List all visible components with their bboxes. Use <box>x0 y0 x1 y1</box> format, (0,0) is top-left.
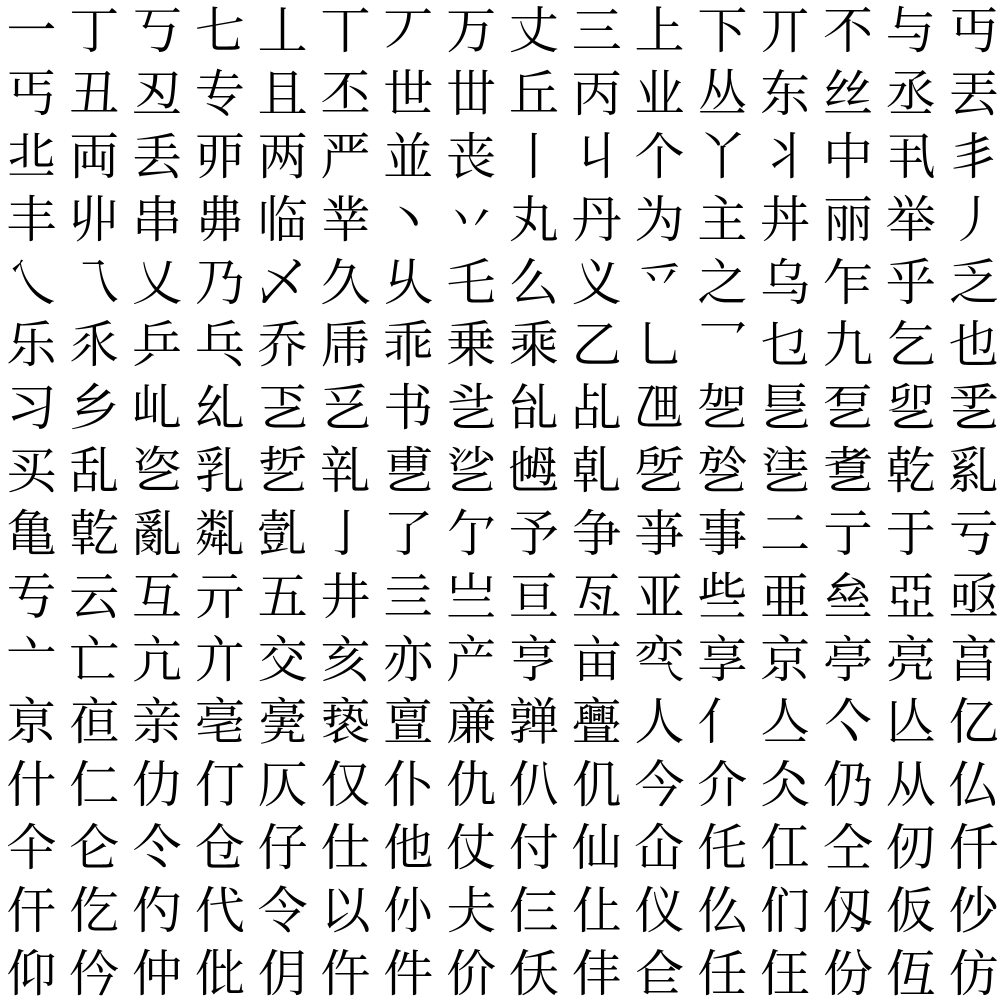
character-cell: 互 <box>126 565 189 628</box>
character-cell: 仟 <box>942 817 1005 880</box>
character-cell: 丫 <box>691 126 754 189</box>
character-cell: 仜 <box>754 817 817 880</box>
character-cell: 乏 <box>942 251 1005 314</box>
character-cell: 乛 <box>691 314 754 377</box>
character-cell: 仍 <box>817 754 880 817</box>
character-cell: 乢 <box>126 377 189 440</box>
character-cell: 买 <box>0 440 63 503</box>
character-cell: 亖 <box>377 565 440 628</box>
character-cell: 仴 <box>251 942 314 1005</box>
character-cell: 付 <box>503 817 566 880</box>
character-cell: 乑 <box>63 314 126 377</box>
character-cell: 亇 <box>440 503 503 566</box>
character-cell: 丷 <box>440 188 503 251</box>
character-cell: 亾 <box>879 691 942 754</box>
character-cell: 丐 <box>0 63 63 126</box>
character-cell: 乶 <box>377 440 440 503</box>
character-cell: 亓 <box>188 565 251 628</box>
character-cell: 令 <box>251 879 314 942</box>
character-cell: 乄 <box>251 251 314 314</box>
character-cell: 亿 <box>942 691 1005 754</box>
character-cell: 乺 <box>628 440 691 503</box>
character-cell: 仸 <box>503 942 566 1005</box>
character-cell: 丠 <box>0 126 63 189</box>
character-cell: 乍 <box>817 251 880 314</box>
character-cell: 了 <box>377 503 440 566</box>
character-cell: 乲 <box>126 440 189 503</box>
character-cell: 仚 <box>628 817 691 880</box>
character-cell: 仌 <box>754 754 817 817</box>
character-cell: 丅 <box>314 0 377 63</box>
character-cell: 乨 <box>503 377 566 440</box>
character-cell: 仪 <box>628 879 691 942</box>
character-cell: 亁 <box>63 503 126 566</box>
character-cell: 临 <box>251 188 314 251</box>
character-cell: 両 <box>63 126 126 189</box>
character-cell: 乳 <box>188 440 251 503</box>
character-cell: 争 <box>565 503 628 566</box>
character-cell: 业 <box>628 63 691 126</box>
character-cell: 乒 <box>126 314 189 377</box>
character-cell: 乎 <box>879 251 942 314</box>
character-cell: 从 <box>879 754 942 817</box>
character-cell: 仨 <box>503 879 566 942</box>
character-cell: 仂 <box>126 754 189 817</box>
character-cell: 乚 <box>628 314 691 377</box>
character-cell: 什 <box>0 754 63 817</box>
character-cell: 些 <box>691 565 754 628</box>
character-cell: 仺 <box>628 942 691 1005</box>
character-cell: 丈 <box>503 0 566 63</box>
character-cell: 仄 <box>251 754 314 817</box>
character-cell: 仑 <box>63 817 126 880</box>
character-cell: 仢 <box>126 879 189 942</box>
character-cell: 亙 <box>565 565 628 628</box>
character-cell: 亯 <box>942 628 1005 691</box>
character-cell: 亼 <box>754 691 817 754</box>
character-cell: 久 <box>314 251 377 314</box>
character-cell: 仙 <box>565 817 628 880</box>
character-cell: 丙 <box>565 63 628 126</box>
character-cell: 仕 <box>314 817 377 880</box>
character-cell: 仼 <box>754 942 817 1005</box>
character-cell: 亊 <box>628 503 691 566</box>
character-cell: 串 <box>126 188 189 251</box>
character-cell: 专 <box>188 63 251 126</box>
character-cell: 仾 <box>879 942 942 1005</box>
character-cell: 丟 <box>942 63 1005 126</box>
character-cell: 乧 <box>440 377 503 440</box>
character-cell: 仫 <box>691 879 754 942</box>
character-cell: 亟 <box>942 565 1005 628</box>
character-cell: 五 <box>251 565 314 628</box>
character-grid: 一丁丂七丄丅丆万丈三上下丌不与丏丐丑丒专且丕世丗丘丙业丛东丝丞丟丠両丢丣两严並丧… <box>0 0 1005 1005</box>
character-cell: 乀 <box>0 251 63 314</box>
character-cell: 丨 <box>503 126 566 189</box>
character-cell: 乸 <box>503 440 566 503</box>
character-cell: 乖 <box>377 314 440 377</box>
character-cell: 么 <box>503 251 566 314</box>
character-cell: 仐 <box>0 817 63 880</box>
character-cell: 乩 <box>565 377 628 440</box>
character-cell: 乤 <box>251 377 314 440</box>
character-cell: 丣 <box>188 126 251 189</box>
character-cell: 不 <box>817 0 880 63</box>
character-cell: 京 <box>754 628 817 691</box>
character-cell: 下 <box>691 0 754 63</box>
character-cell: 介 <box>691 754 754 817</box>
character-cell: 乯 <box>942 377 1005 440</box>
character-cell: 份 <box>817 942 880 1005</box>
character-cell: 以 <box>314 879 377 942</box>
character-cell: 予 <box>503 503 566 566</box>
character-cell: 仵 <box>314 942 377 1005</box>
character-cell: 乹 <box>565 440 628 503</box>
character-cell: 丏 <box>942 0 1005 63</box>
character-cell: 乆 <box>377 251 440 314</box>
character-cell: 乓 <box>188 314 251 377</box>
character-cell: 代 <box>188 879 251 942</box>
character-cell: 亨 <box>503 628 566 691</box>
character-cell: 乻 <box>691 440 754 503</box>
character-cell: 仔 <box>251 817 314 880</box>
character-cell: 丕 <box>314 63 377 126</box>
character-cell: 义 <box>565 251 628 314</box>
character-cell: 乃 <box>188 251 251 314</box>
character-cell: 他 <box>377 817 440 880</box>
character-cell: 亱 <box>63 691 126 754</box>
character-cell: 亭 <box>817 628 880 691</box>
character-cell: 丳 <box>188 188 251 251</box>
character-cell: 丸 <box>503 188 566 251</box>
character-cell: 亹 <box>565 691 628 754</box>
character-cell: 二 <box>754 503 817 566</box>
character-cell: 乣 <box>188 377 251 440</box>
character-cell: 亚 <box>628 565 691 628</box>
character-cell: 亰 <box>0 691 63 754</box>
character-cell: 仆 <box>377 754 440 817</box>
character-cell: 丩 <box>565 126 628 189</box>
character-cell: 九 <box>817 314 880 377</box>
character-cell: 乭 <box>817 377 880 440</box>
character-cell: 乜 <box>754 314 817 377</box>
character-cell: 万 <box>440 0 503 63</box>
character-cell: 乵 <box>314 440 377 503</box>
character-cell: 云 <box>63 565 126 628</box>
character-cell: 乥 <box>314 377 377 440</box>
character-cell: 乔 <box>251 314 314 377</box>
character-cell: 乾 <box>879 440 942 503</box>
character-cell: 三 <box>565 0 628 63</box>
character-cell: 仝 <box>817 817 880 880</box>
character-cell: 仁 <box>63 754 126 817</box>
character-cell: 仯 <box>942 879 1005 942</box>
character-cell: 亞 <box>879 565 942 628</box>
character-cell: 仲 <box>126 942 189 1005</box>
character-cell: 亐 <box>0 565 63 628</box>
character-cell: 仓 <box>188 817 251 880</box>
character-cell: 为 <box>628 188 691 251</box>
character-cell: 亂 <box>126 503 189 566</box>
character-cell: 亥 <box>314 628 377 691</box>
character-cell: 亀 <box>0 503 63 566</box>
character-cell: 丧 <box>440 126 503 189</box>
character-cell: 丌 <box>754 0 817 63</box>
character-cell: 书 <box>377 377 440 440</box>
character-cell: 仇 <box>440 754 503 817</box>
character-cell: 亍 <box>817 503 880 566</box>
character-cell: 乬 <box>754 377 817 440</box>
character-cell: 上 <box>628 0 691 63</box>
character-cell: 亢 <box>126 628 189 691</box>
character-cell: 习 <box>0 377 63 440</box>
character-cell: 且 <box>251 63 314 126</box>
character-cell: 丑 <box>63 63 126 126</box>
character-cell: 严 <box>314 126 377 189</box>
character-cell: 亠 <box>0 628 63 691</box>
character-cell: 仧 <box>440 879 503 942</box>
character-cell: 人 <box>628 691 691 754</box>
character-cell: 仏 <box>942 754 1005 817</box>
character-cell: 乌 <box>754 251 817 314</box>
character-cell: 仗 <box>440 817 503 880</box>
character-cell: 仱 <box>63 942 126 1005</box>
character-cell: 享 <box>691 628 754 691</box>
character-cell: 仠 <box>0 879 63 942</box>
character-cell: 仡 <box>63 879 126 942</box>
character-cell: 丗 <box>440 63 503 126</box>
character-cell: 丒 <box>126 63 189 126</box>
character-cell: 个 <box>628 126 691 189</box>
character-cell: 仭 <box>817 879 880 942</box>
character-cell: 乴 <box>251 440 314 503</box>
character-cell: 乐 <box>0 314 63 377</box>
character-cell: 仞 <box>879 817 942 880</box>
character-cell: 仅 <box>314 754 377 817</box>
character-cell: 丿 <box>942 188 1005 251</box>
character-cell: 乷 <box>440 440 503 503</box>
character-cell: 仒 <box>126 817 189 880</box>
character-cell: 乕 <box>314 314 377 377</box>
character-cell: 乞 <box>879 314 942 377</box>
character-cell: 亏 <box>942 503 1005 566</box>
character-cell: 事 <box>691 503 754 566</box>
character-cell: 仉 <box>565 754 628 817</box>
character-cell: 件 <box>377 942 440 1005</box>
character-cell: 丘 <box>503 63 566 126</box>
character-cell: 亜 <box>754 565 817 628</box>
character-cell: 亅 <box>314 503 377 566</box>
character-cell: 乂 <box>126 251 189 314</box>
character-cell: 亻 <box>691 691 754 754</box>
character-cell: 亵 <box>314 691 377 754</box>
character-cell: 乡 <box>63 377 126 440</box>
character-cell: 丞 <box>879 63 942 126</box>
character-cell: 乫 <box>691 377 754 440</box>
character-cell: 今 <box>628 754 691 817</box>
character-cell: 价 <box>440 942 503 1005</box>
character-cell: 乙 <box>565 314 628 377</box>
character-cell: 也 <box>942 314 1005 377</box>
character-cell: 与 <box>879 0 942 63</box>
character-cell: 仿 <box>942 942 1005 1005</box>
character-cell: 亘 <box>503 565 566 628</box>
character-cell: 丢 <box>126 126 189 189</box>
character-cell: 仈 <box>503 754 566 817</box>
character-cell: 亴 <box>251 691 314 754</box>
character-cell: 仮 <box>879 879 942 942</box>
character-cell: 丹 <box>565 188 628 251</box>
character-cell: 亸 <box>503 691 566 754</box>
character-cell: 丰 <box>0 188 63 251</box>
character-cell: 丝 <box>817 63 880 126</box>
character-cell: 仦 <box>377 879 440 942</box>
character-cell: 一 <box>0 0 63 63</box>
character-cell: 乿 <box>942 440 1005 503</box>
character-cell: 东 <box>754 63 817 126</box>
character-cell: 于 <box>879 503 942 566</box>
character-cell: 丵 <box>314 188 377 251</box>
character-cell: 亳 <box>188 691 251 754</box>
character-cell: 乪 <box>628 377 691 440</box>
character-cell: 乗 <box>440 314 503 377</box>
character-cell: 乽 <box>817 440 880 503</box>
character-cell: 主 <box>691 188 754 251</box>
character-cell: 丱 <box>63 188 126 251</box>
character-cell: 亲 <box>126 691 189 754</box>
character-cell: 丼 <box>754 188 817 251</box>
character-cell: 丛 <box>691 63 754 126</box>
character-cell: 仳 <box>188 942 251 1005</box>
character-cell: 仛 <box>691 817 754 880</box>
character-cell: 亶 <box>377 691 440 754</box>
character-cell: 亷 <box>440 691 503 754</box>
character-cell: 丽 <box>817 188 880 251</box>
character-cell: 亩 <box>565 628 628 691</box>
character-cell: 们 <box>754 879 817 942</box>
character-cell: 乁 <box>63 251 126 314</box>
character-cell: 亮 <box>879 628 942 691</box>
character-cell: 七 <box>188 0 251 63</box>
character-cell: 亪 <box>628 628 691 691</box>
character-cell: 中 <box>817 126 880 189</box>
character-cell: 丯 <box>942 126 1005 189</box>
character-cell: 亃 <box>188 503 251 566</box>
character-cell: 亦 <box>377 628 440 691</box>
character-cell: 亽 <box>817 691 880 754</box>
character-cell: 仃 <box>188 754 251 817</box>
character-cell: 仰 <box>0 942 63 1005</box>
character-cell: 乮 <box>879 377 942 440</box>
character-cell: 亝 <box>817 565 880 628</box>
character-cell: 两 <box>251 126 314 189</box>
character-cell: 举 <box>879 188 942 251</box>
character-cell: 乊 <box>628 251 691 314</box>
character-cell: 仩 <box>565 879 628 942</box>
character-cell: 交 <box>251 628 314 691</box>
character-cell: 井 <box>314 565 377 628</box>
character-cell: 乇 <box>440 251 503 314</box>
character-cell: 产 <box>440 628 503 691</box>
character-cell: 亣 <box>188 628 251 691</box>
character-cell: 亗 <box>440 565 503 628</box>
character-cell: 乘 <box>503 314 566 377</box>
character-cell: 乼 <box>754 440 817 503</box>
character-cell: 亡 <box>63 628 126 691</box>
character-cell: 亄 <box>251 503 314 566</box>
character-cell: 丮 <box>879 126 942 189</box>
character-cell: 丶 <box>377 188 440 251</box>
character-cell: 世 <box>377 63 440 126</box>
character-cell: 丆 <box>377 0 440 63</box>
character-cell: 任 <box>691 942 754 1005</box>
character-cell: 並 <box>377 126 440 189</box>
character-cell: 仹 <box>565 942 628 1005</box>
character-cell: 之 <box>691 251 754 314</box>
character-cell: 丄 <box>251 0 314 63</box>
character-cell: 丁 <box>63 0 126 63</box>
character-cell: 丬 <box>754 126 817 189</box>
character-cell: 乱 <box>63 440 126 503</box>
character-cell: 丂 <box>126 0 189 63</box>
